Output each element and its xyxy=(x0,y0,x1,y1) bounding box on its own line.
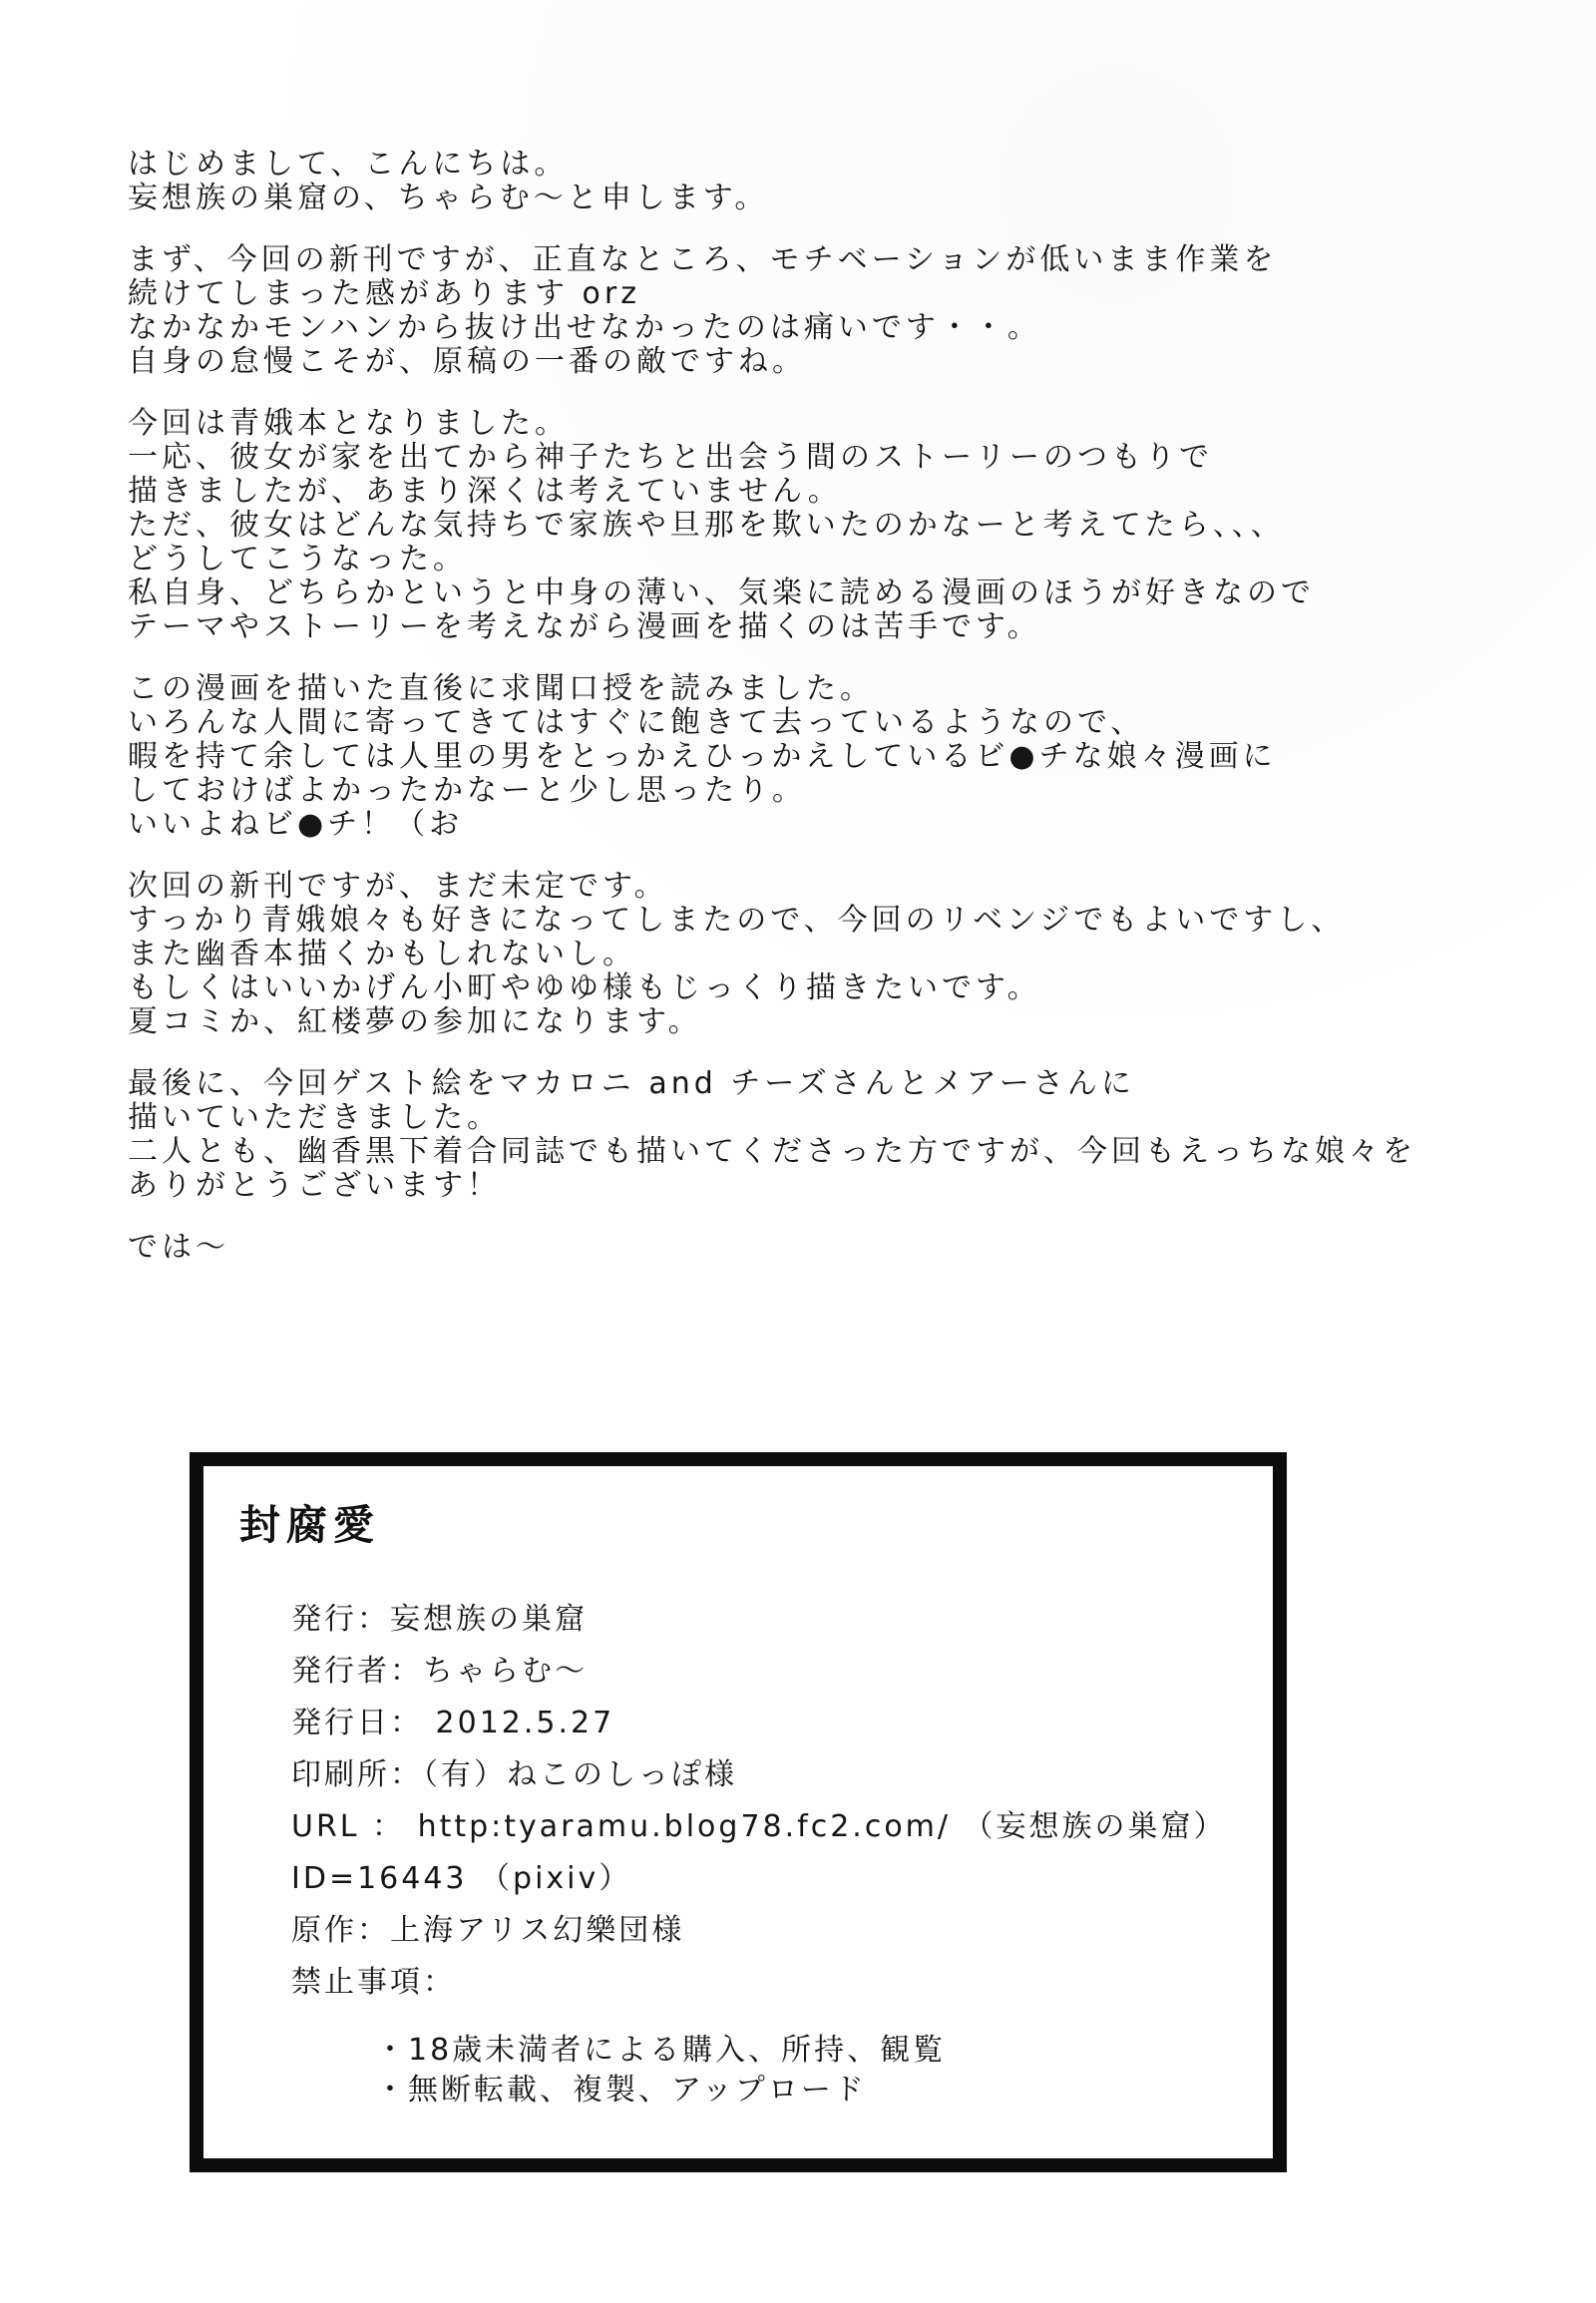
afterword-line: ただ、彼女はどんな気持ちで家族や旦那を欺いたのかなーと考えてたら、、、 xyxy=(128,509,1544,543)
afterword-line: ありがとうございます！ xyxy=(128,1169,1544,1203)
colophon-box: 封腐愛 発行：妄想族の巣窟 発行者：ちゃらむ～ 発行日： 2012.5.27 印… xyxy=(190,1452,1287,2172)
afterword-paragraph: では～ xyxy=(128,1231,1544,1265)
colophon-url: URL ： http:tyaramu.blog78.fc2.com/ （妄想族の… xyxy=(291,1801,1227,1845)
afterword-closing-line: では～ xyxy=(128,1231,1544,1265)
afterword-line: もしくはいいかげん小町やゆゆ様もじっくり描きたいです。 xyxy=(128,971,1544,1005)
colophon-pixiv-id: ID=16443 （pixiv） xyxy=(291,1853,631,1897)
afterword-line: 私自身、どちらかというと中身の薄い、気楽に読める漫画のほうが好きなので xyxy=(128,576,1544,610)
afterword-line: 一応、彼女が家を出てから神子たちと出会う間のストーリーのつもりで xyxy=(128,441,1544,475)
afterword-paragraph: まず、今回の新刊ですが、正直なところ、モチベーションが低いまま作業を 続けてしま… xyxy=(128,243,1544,379)
afterword-line: まず、今回の新刊ですが、正直なところ、モチベーションが低いまま作業を xyxy=(128,243,1544,277)
afterword-line: はじめまして、こんにちは。 xyxy=(128,148,1544,182)
afterword-line: また幽香本描くかもしれないし。 xyxy=(128,938,1544,971)
afterword-paragraph: 次回の新刊ですが、まだ未定です。 すっかり青娥娘々も好きになってしまたので、今回… xyxy=(128,870,1544,1039)
afterword-line: なかなかモンハンから抜け出せなかったのは痛いです・・。 xyxy=(128,311,1544,345)
afterword-line: しておけばよかったかなーと少し思ったり。 xyxy=(128,774,1544,808)
afterword-line: 暇を持て余しては人里の男をとっかえひっかえしているビ●チな娘々漫画に xyxy=(128,740,1544,774)
afterword-paragraph: はじめまして、こんにちは。 妄想族の巣窟の、ちゃらむ～と申します。 xyxy=(128,148,1544,215)
prohibited-item: ・無断転載、複製、アップロード xyxy=(375,2065,867,2109)
colophon-printer: 印刷所：（有）ねこのしっぽ様 xyxy=(291,1749,737,1793)
afterword-line: 自身の怠慢こそが、原稿の一番の敵ですね。 xyxy=(128,345,1544,379)
afterword-line: 次回の新刊ですが、まだ未定です。 xyxy=(128,870,1544,904)
afterword-paragraph: この漫画を描いた直後に求聞口授を読みました。 いろんな人間に寄ってきてはすぐに飽… xyxy=(128,672,1544,842)
colophon-publisher-circle: 発行：妄想族の巣窟 xyxy=(291,1594,588,1638)
afterword-paragraph: 最後に、今回ゲスト絵をマカロニ and チーズさんとメアーさんに 描いていただき… xyxy=(128,1067,1544,1203)
afterword-paragraph: 今回は青娥本となりました。 一応、彼女が家を出てから神子たちと出会う間のストーリ… xyxy=(128,407,1544,644)
afterword-line: 最後に、今回ゲスト絵をマカロニ and チーズさんとメアーさんに xyxy=(128,1067,1544,1101)
afterword-line: すっかり青娥娘々も好きになってしまたので、今回のリベンジでもよいですし、 xyxy=(128,904,1544,938)
colophon-publisher-author: 発行者：ちゃらむ～ xyxy=(291,1646,588,1690)
afterword-line: 描きましたが、あまり深くは考えていません。 xyxy=(128,475,1544,509)
scanned-afterword-page: はじめまして、こんにちは。 妄想族の巣窟の、ちゃらむ～と申します。 まず、今回の… xyxy=(0,0,1596,2303)
prohibited-item: ・18歳未満者による購入、所持、観覧 xyxy=(375,2025,946,2069)
colophon-original-work: 原作：上海アリス幻樂団様 xyxy=(291,1905,684,1949)
afterword-line: テーマやストーリーを考えながら漫画を描くのは苦手です。 xyxy=(128,610,1544,644)
colophon-title: 封腐愛 xyxy=(239,1492,380,1551)
afterword-line: いろんな人間に寄ってきてはすぐに飽きて去っているようなので、 xyxy=(128,706,1544,740)
afterword-line: どうしてこうなった。 xyxy=(128,543,1544,576)
afterword-line: 二人とも、幽香黒下着合同誌でも描いてくださった方ですが、今回もえっちな娘々を xyxy=(128,1135,1544,1169)
afterword-text: はじめまして、こんにちは。 妄想族の巣窟の、ちゃらむ～と申します。 まず、今回の… xyxy=(128,148,1544,1293)
colophon-prohibited-heading: 禁止事項： xyxy=(291,1957,456,2001)
afterword-line: 今回は青娥本となりました。 xyxy=(128,407,1544,441)
afterword-line: この漫画を描いた直後に求聞口授を読みました。 xyxy=(128,672,1544,706)
afterword-line: いいよねビ●チ！（お xyxy=(128,808,1544,842)
afterword-line: 妄想族の巣窟の、ちゃらむ～と申します。 xyxy=(128,182,1544,215)
colophon-publish-date: 発行日： 2012.5.27 xyxy=(291,1698,614,1741)
afterword-line: 夏コミか、紅楼夢の参加になります。 xyxy=(128,1005,1544,1039)
afterword-line: 描いていただきました。 xyxy=(128,1101,1544,1135)
afterword-line: 続けてしまった感があります orz xyxy=(128,277,1544,311)
